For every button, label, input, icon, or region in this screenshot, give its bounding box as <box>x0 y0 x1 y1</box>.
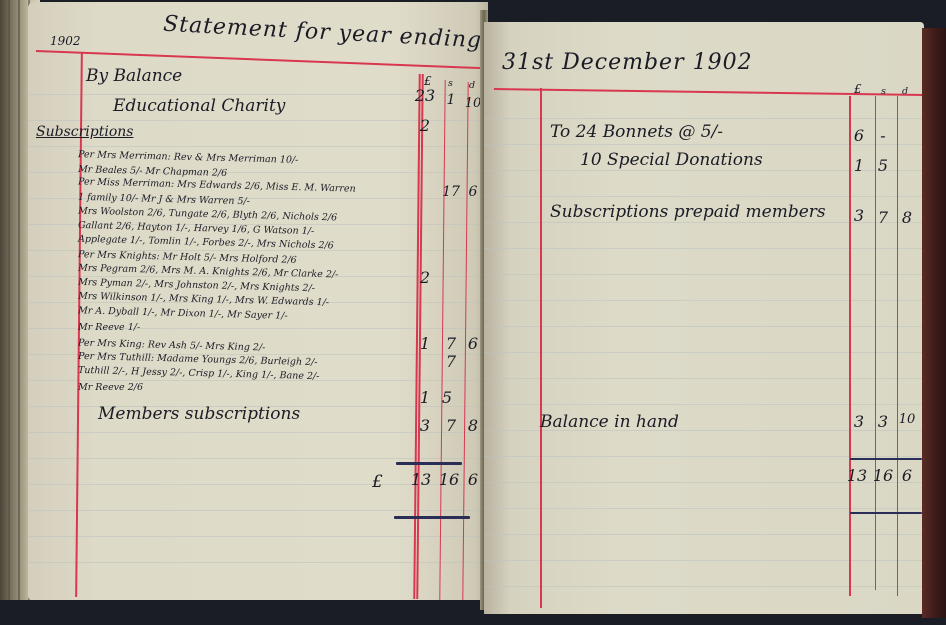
amount-pence: 8 <box>892 208 922 227</box>
entry-special-donations: 10 Special Donations <box>580 150 763 170</box>
subscription-line: 1 family 10/- Mr J & Mrs Warren 5/- <box>78 192 250 207</box>
total-double-rule <box>394 516 470 519</box>
ruled-line <box>484 352 924 353</box>
subscription-line: Mr Reeve 1/- <box>78 322 140 333</box>
amount-pounds: 2 <box>410 268 440 287</box>
ruled-line <box>484 196 924 197</box>
total-double-rule <box>850 512 922 514</box>
ruled-line <box>484 534 924 535</box>
ruled-line <box>484 326 924 327</box>
shillings-header: s <box>881 86 886 97</box>
page-heading: Statement for year ending <box>163 12 483 54</box>
ruled-line <box>484 248 924 249</box>
subscriptions-heading: Subscriptions <box>36 124 133 140</box>
ruled-line <box>28 562 488 563</box>
pence-header: d <box>902 86 908 97</box>
ruled-line <box>484 456 924 457</box>
ruled-line <box>484 404 924 405</box>
amount-shillings: 7 <box>436 352 466 371</box>
entry-balance-in-hand: Balance in hand <box>540 412 679 432</box>
subscription-line: Mr A. Dyball 1/-, Mr Dixon 1/-, Mr Sayer… <box>78 305 288 321</box>
amount-pence: 10 <box>892 412 922 427</box>
date-margin-rule <box>540 88 542 608</box>
subscription-line: Per Mrs Merriman: Rev & Mrs Merriman 10/… <box>78 149 299 166</box>
ruled-line <box>484 508 924 509</box>
pence-header: d <box>469 80 475 91</box>
book-cover-edge <box>922 28 946 618</box>
pounds-header: £ <box>854 82 862 96</box>
ruled-line <box>484 560 924 561</box>
entry-subscriptions-prepaid: Subscriptions prepaid members <box>550 202 826 222</box>
page-heading: 31st December 1902 <box>502 50 753 75</box>
ruled-line <box>28 536 488 537</box>
ruled-line <box>484 274 924 275</box>
year-label: 1902 <box>50 34 81 48</box>
subtotal-rule <box>396 462 462 465</box>
entry-bonnets: To 24 Bonnets @ 5/- <box>550 122 723 142</box>
left-ledger-page: 1902 Statement for year ending £ s d By … <box>28 2 488 600</box>
subscription-line: Mr Reeve 2/6 <box>78 382 143 393</box>
amount-shillings: 5 <box>868 156 898 175</box>
shillings-header: s <box>448 78 453 89</box>
right-ledger-page: 31st December 1902 £ s d To 24 Bonnets @… <box>484 22 924 614</box>
members-subscriptions-label: Members subscriptions <box>98 404 300 424</box>
ruled-line <box>484 118 924 119</box>
total-currency-symbol: £ <box>372 472 383 492</box>
entry-by-balance: By Balance <box>86 66 182 86</box>
ruled-line <box>484 378 924 379</box>
entry-educational-charity: Educational Charity <box>113 96 285 116</box>
amount-shillings: 5 <box>432 388 462 407</box>
amount-pounds: 2 <box>410 116 440 135</box>
total-pence: 6 <box>892 466 922 485</box>
ruled-line <box>484 586 924 587</box>
total-pounds: 13 <box>406 470 436 489</box>
subtotal-rule <box>850 458 922 460</box>
ruled-line <box>484 300 924 301</box>
amount-shillings: - <box>868 126 898 145</box>
